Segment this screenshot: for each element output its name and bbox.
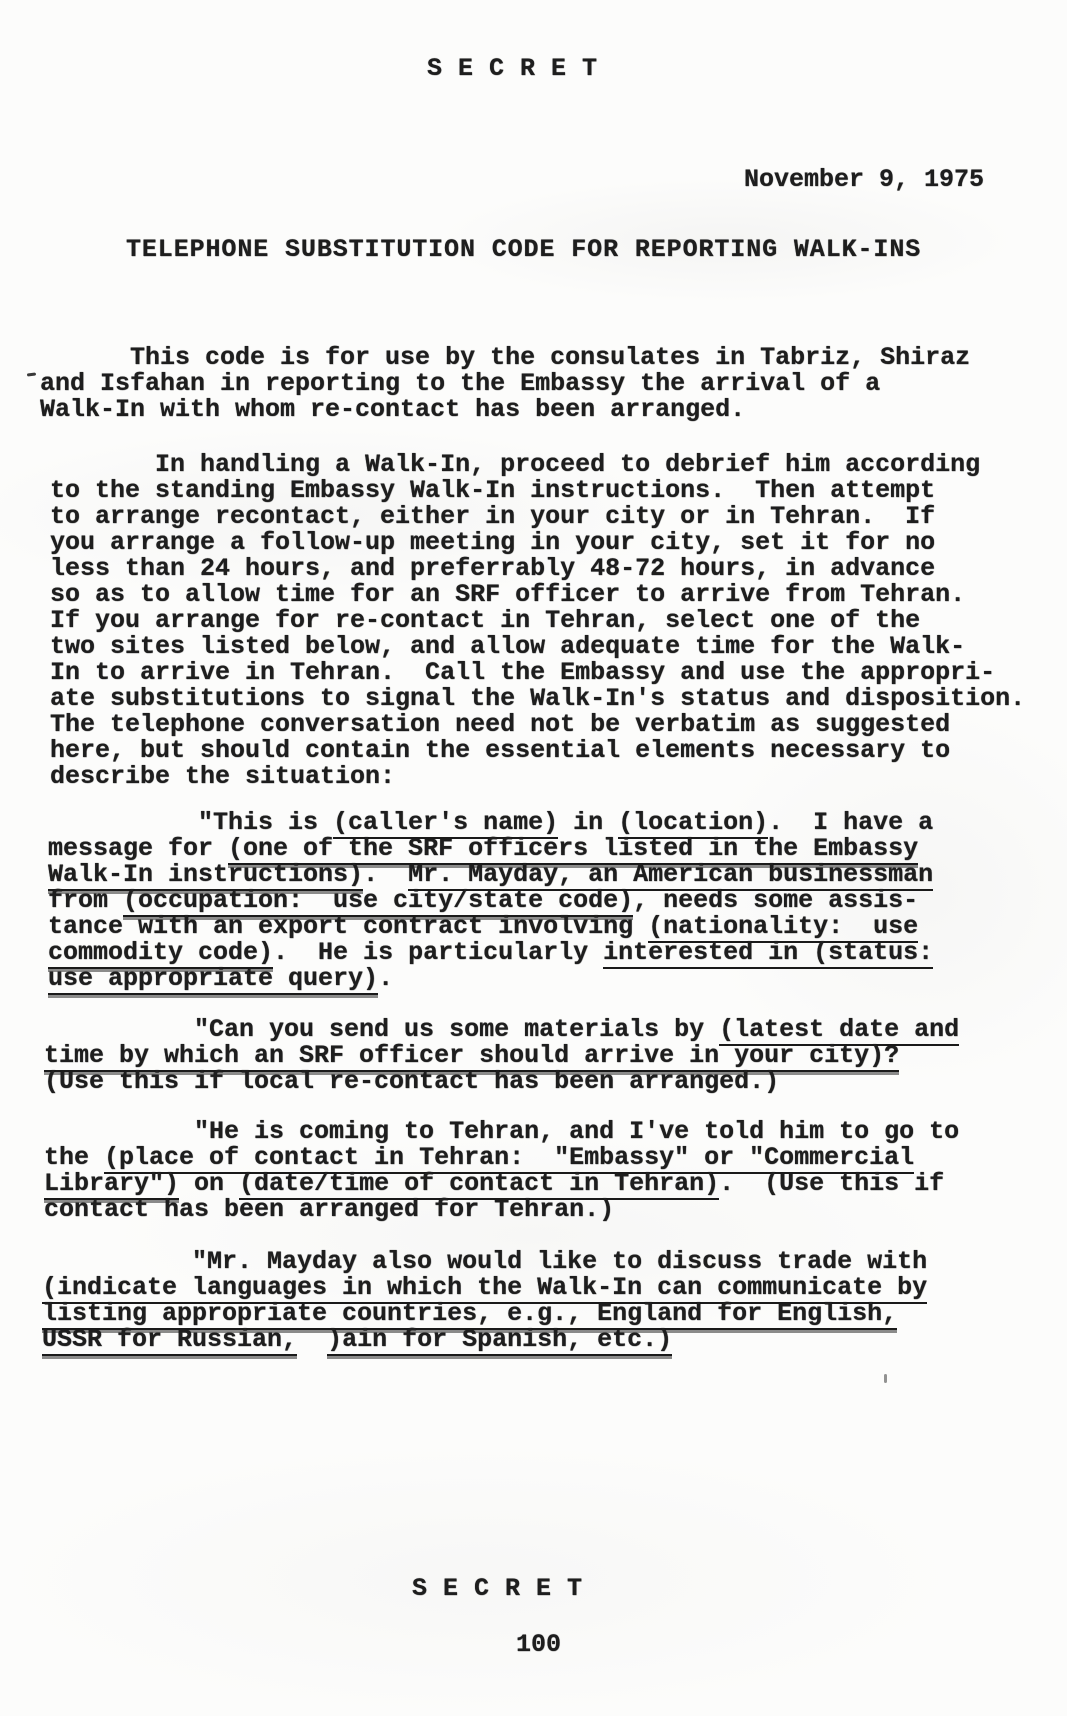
text-line: ate substitutions to signal the Walk-In'… <box>50 686 1025 712</box>
text-line: message for (one of the SRF officers lis… <box>48 836 933 862</box>
text-segment: In to arrive in Tehran. Call the Embassy… <box>50 658 995 687</box>
classification-footer: S E C R E T <box>412 1576 583 1602</box>
text-segment: on <box>179 1169 239 1198</box>
text-line: "Mr. Mayday also would like to discuss t… <box>42 1249 927 1275</box>
text-line: here, but should contain the essential e… <box>50 738 1025 764</box>
text-segment: . I have a <box>768 808 933 837</box>
text-line: The telephone conversation need not be v… <box>50 712 1025 738</box>
text-line: Walk-In instructions). Mr. Mayday, an Am… <box>48 862 933 888</box>
text-line: listing appropriate countries, e.g., Eng… <box>42 1301 927 1327</box>
text-line: Library") on (date/time of contact in Te… <box>44 1171 959 1197</box>
text-segment: two sites listed below, and allow adequa… <box>50 632 965 661</box>
paragraph-script-this-is: "This is (caller's name) in (location). … <box>48 810 933 992</box>
text-line: less than 24 hours, and preferrably 48-7… <box>50 556 1025 582</box>
text-segment: so as to allow time for an SRF officer t… <box>50 580 965 609</box>
text-segment: Walk-In with whom re-contact has been ar… <box>40 395 745 424</box>
text-line: contact has been arranged for Tehran.) <box>44 1197 959 1223</box>
text-segment: describe the situation: <box>50 762 395 791</box>
text-line: to arrange recontact, either in your cit… <box>50 504 1025 530</box>
text-segment: "This is <box>48 808 333 837</box>
text-segment: This code is for use by the consulates i… <box>40 343 970 372</box>
text-segment: . <box>378 964 393 993</box>
text-line: In handling a Walk-In, proceed to debrie… <box>50 452 1025 478</box>
document-page: S E C R E T November 9, 1975 TELEPHONE S… <box>0 0 1067 1716</box>
text-segment: in <box>558 808 618 837</box>
text-line: (Use this if local re-contact has been a… <box>44 1069 959 1095</box>
text-line: "He is coming to Tehran, and I've told h… <box>44 1119 959 1145</box>
text-line: If you arrange for re-contact in Tehran,… <box>50 608 1025 634</box>
text-line: In to arrive in Tehran. Call the Embassy… <box>50 660 1025 686</box>
text-segment: from <box>48 886 123 915</box>
page-number: 100 <box>516 1632 561 1658</box>
text-segment: message for <box>48 834 228 863</box>
text-segment: "Mr. Mayday also would like to discuss t… <box>42 1247 927 1276</box>
text-segment: The telephone conversation need not be v… <box>50 710 950 739</box>
text-line: "This is (caller's name) in (location). … <box>48 810 933 836</box>
stray-ink-mark-right <box>884 1374 887 1383</box>
text-segment: to arrange recontact, either in your cit… <box>50 502 935 531</box>
text-segment: the <box>44 1143 104 1172</box>
text-segment: less than 24 hours, and preferrably 48-7… <box>50 554 935 583</box>
text-line: two sites listed below, and allow adequa… <box>50 634 1025 660</box>
paragraph-script-discuss-trade: "Mr. Mayday also would like to discuss t… <box>42 1249 927 1353</box>
document-date: November 9, 1975 <box>744 167 984 193</box>
text-segment: and Isfahan in reporting to the Embassy … <box>40 369 880 398</box>
text-segment: "Can you send us some materials by <box>44 1015 719 1044</box>
text-segment: If you arrange for re-contact in Tehran,… <box>50 606 920 635</box>
text-line: Walk-In with whom re-contact has been ar… <box>40 397 970 423</box>
text-segment: In handling a Walk-In, proceed to debrie… <box>50 450 980 479</box>
text-line: commodity code). He is particularly inte… <box>48 940 933 966</box>
paragraph-handling-instructions: In handling a Walk-In, proceed to debrie… <box>50 452 1025 790</box>
text-segment: . He is particularly <box>273 938 603 967</box>
text-line: to the standing Embassy Walk-In instruct… <box>50 478 1025 504</box>
text-line: tance with an export contract involving … <box>48 914 933 940</box>
text-line: from (occupation: use city/state code), … <box>48 888 933 914</box>
text-segment: . <box>363 860 408 889</box>
text-segment: to the standing Embassy Walk-In instruct… <box>50 476 935 505</box>
underlined-text-segment: use appropriate query) <box>48 964 378 995</box>
text-segment: contact has been arranged for Tehran.) <box>44 1195 614 1224</box>
classification-header: S E C R E T <box>427 56 598 82</box>
text-line: This code is for use by the consulates i… <box>40 345 970 371</box>
text-segment: (Use this if local re-contact has been a… <box>44 1067 779 1096</box>
underlined-text-segment: USSR for Russian, <box>42 1325 297 1356</box>
paragraph-script-coming-to-tehran: "He is coming to Tehran, and I've told h… <box>44 1119 959 1223</box>
text-line: so as to allow time for an SRF officer t… <box>50 582 1025 608</box>
text-segment: . (Use this if <box>719 1169 944 1198</box>
text-segment: tance with an export contract involving <box>48 912 648 941</box>
text-segment <box>297 1325 327 1354</box>
text-line: (indicate languages in which the Walk-In… <box>42 1275 927 1301</box>
text-segment: ate substitutions to signal the Walk-In'… <box>50 684 1025 713</box>
text-line: the (place of contact in Tehran: "Embass… <box>44 1145 959 1171</box>
document-title: TELEPHONE SUBSTITUTION CODE FOR REPORTIN… <box>126 237 921 263</box>
text-line: describe the situation: <box>50 764 1025 790</box>
text-segment: here, but should contain the essential e… <box>50 736 950 765</box>
underlined-text-segment: interested in (status: <box>603 938 933 969</box>
text-line: "Can you send us some materials by (late… <box>44 1017 959 1043</box>
text-line: time by which an SRF officer should arri… <box>44 1043 959 1069</box>
text-line: and Isfahan in reporting to the Embassy … <box>40 371 970 397</box>
paragraph-intro: This code is for use by the consulates i… <box>40 345 970 423</box>
text-line: use appropriate query). <box>48 966 933 992</box>
text-segment: , needs some assis- <box>633 886 918 915</box>
text-line: USSR for Russian, )ain for Spanish, etc.… <box>42 1327 927 1353</box>
text-segment: "He is coming to Tehran, and I've told h… <box>44 1117 959 1146</box>
paragraph-script-send-materials: "Can you send us some materials by (late… <box>44 1017 959 1095</box>
stray-ink-mark-left <box>27 372 36 376</box>
underlined-text-segment: )ain for Spanish, etc.) <box>327 1325 672 1356</box>
text-segment: you arrange a follow-up meeting in your … <box>50 528 935 557</box>
text-line: you arrange a follow-up meeting in your … <box>50 530 1025 556</box>
